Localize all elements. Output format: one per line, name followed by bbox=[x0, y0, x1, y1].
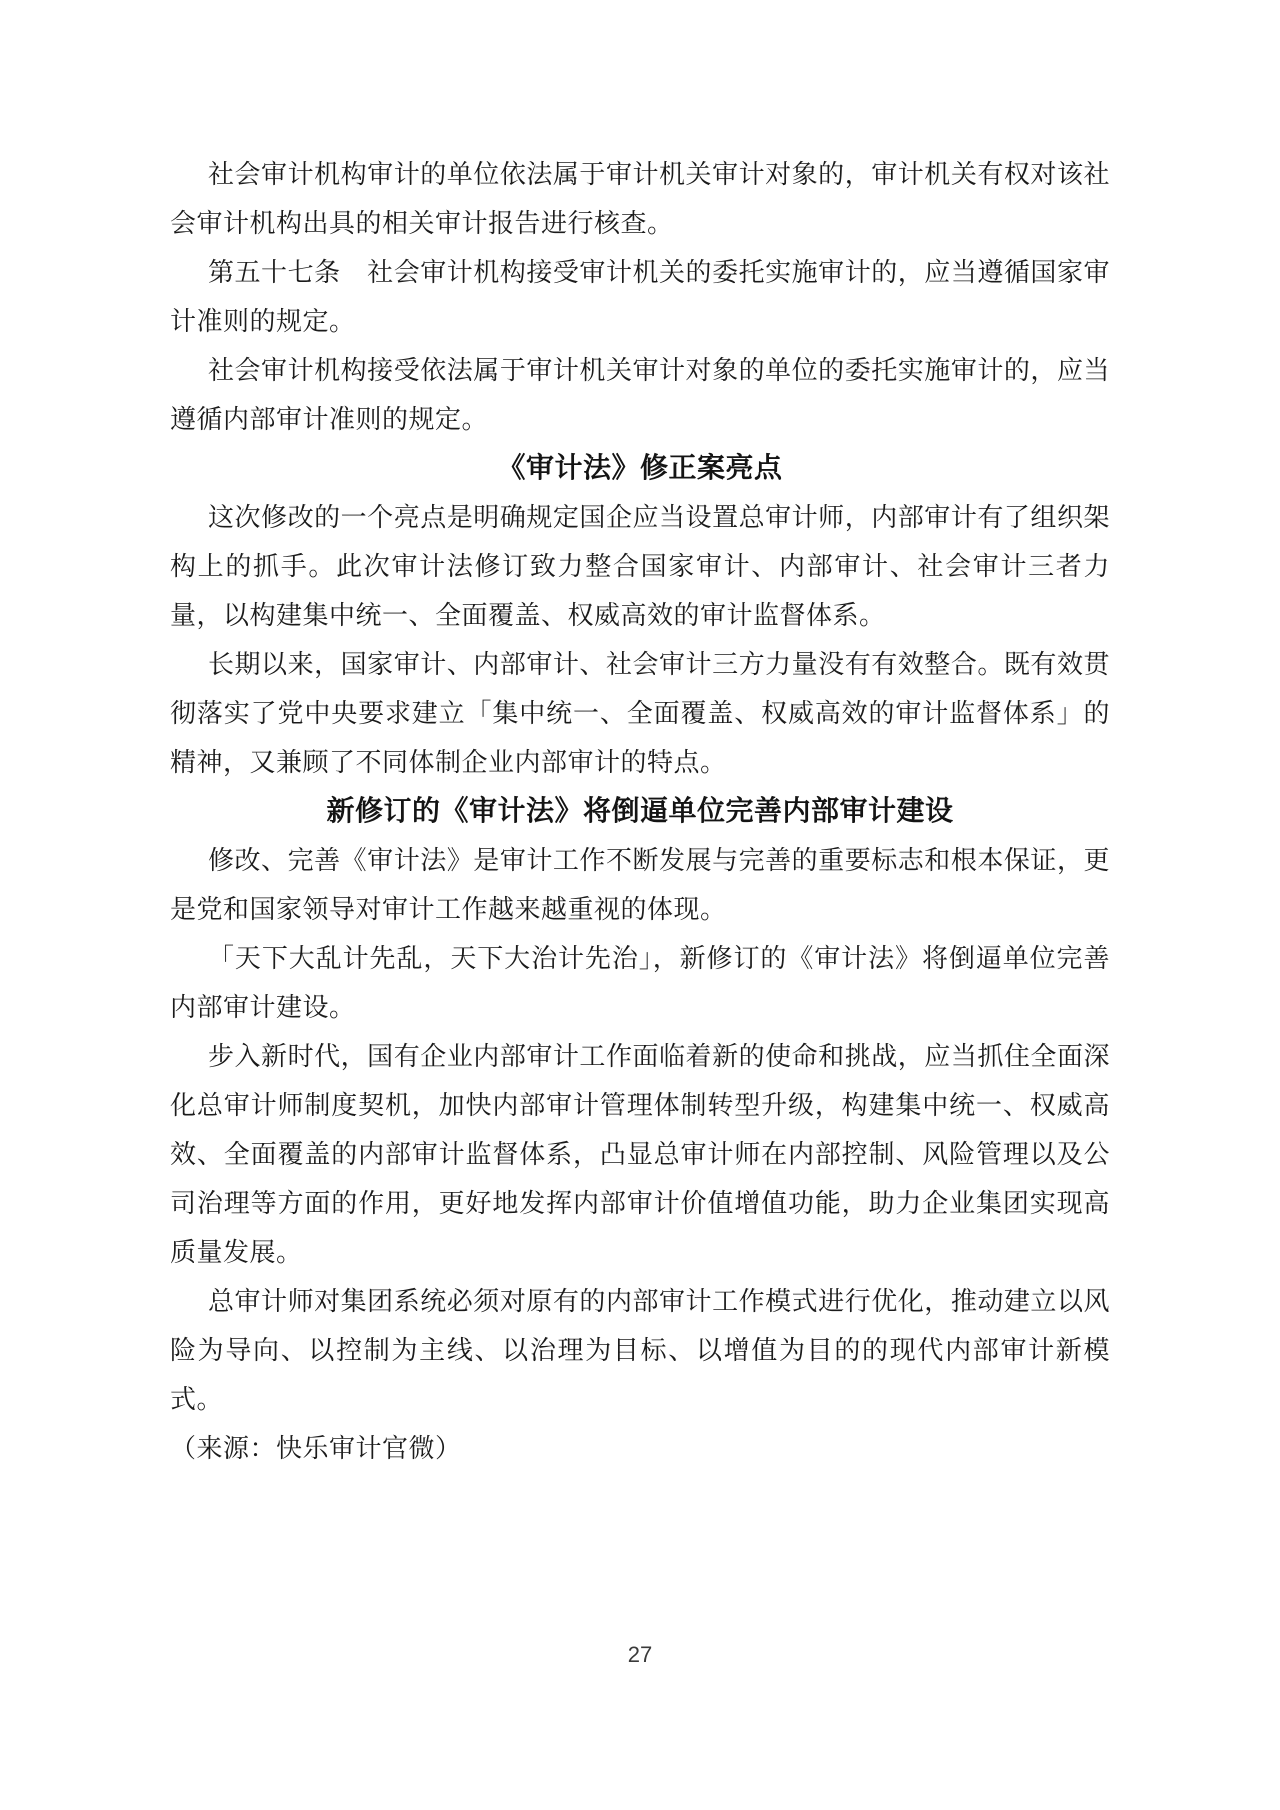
section-heading-internal-audit-construction: 新修订的《审计法》将倒逼单位完善内部审计建设 bbox=[170, 787, 1110, 836]
paragraph: 总审计师对集团系统必须对原有的内部审计工作模式进行优化，推动建立以风险为导向、以… bbox=[170, 1277, 1110, 1424]
paragraph: 长期以来，国家审计、内部审计、社会审计三方力量没有有效整合。既有效贯彻落实了党中… bbox=[170, 640, 1110, 787]
paragraph: 修改、完善《审计法》是审计工作不断发展与完善的重要标志和根本保证，更是党和国家领… bbox=[170, 836, 1110, 934]
paragraph: 这次修改的一个亮点是明确规定国企应当设置总审计师，内部审计有了组织架构上的抓手。… bbox=[170, 493, 1110, 640]
section-heading-amendment-highlights: 《审计法》修正案亮点 bbox=[170, 444, 1110, 493]
document-page: 社会审计机构审计的单位依法属于审计机关审计对象的，审计机关有权对该社会审计机构出… bbox=[0, 0, 1280, 1810]
paragraph: 「天下大乱计先乱，天下大治计先治」，新修订的《审计法》将倒逼单位完善内部审计建设… bbox=[170, 934, 1110, 1032]
paragraph: 第五十七条 社会审计机构接受审计机关的委托实施审计的，应当遵循国家审计准则的规定… bbox=[170, 248, 1110, 346]
paragraph: 步入新时代，国有企业内部审计工作面临着新的使命和挑战，应当抓住全面深化总审计师制… bbox=[170, 1032, 1110, 1277]
paragraph: 社会审计机构审计的单位依法属于审计机关审计对象的，审计机关有权对该社会审计机构出… bbox=[170, 150, 1110, 248]
document-body: 社会审计机构审计的单位依法属于审计机关审计对象的，审计机关有权对该社会审计机构出… bbox=[170, 150, 1110, 1473]
paragraph: 社会审计机构接受依法属于审计机关审计对象的单位的委托实施审计的，应当遵循内部审计… bbox=[170, 346, 1110, 444]
page-number: 27 bbox=[0, 1638, 1280, 1672]
source-attribution: （来源：快乐审计官微） bbox=[170, 1424, 1110, 1473]
